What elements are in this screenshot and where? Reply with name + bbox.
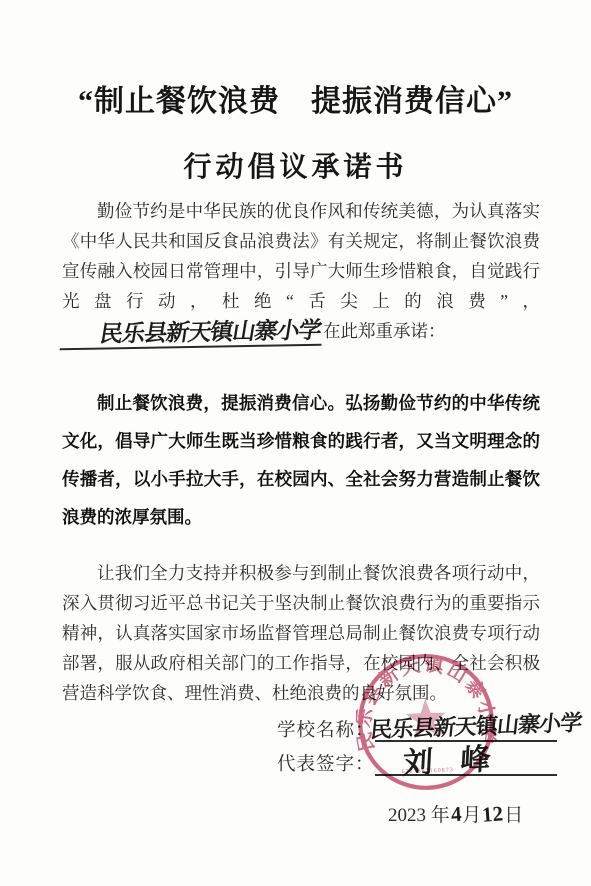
handwritten-school-name-inline: 民乐县新天镇山寨小学 (60, 320, 326, 351)
document-body: 勤俭节约是中华民族的优良作风和传统美德，为认真落实《中华人民共和国反食品浪费法》… (62, 196, 540, 708)
school-red-seal: 民乐县新天镇山寨小学 6207382160873 (354, 650, 499, 795)
document-title-quote: “制止餐饮浪费 提振消费信心” (0, 76, 591, 120)
date-year: 2023 年 (388, 805, 450, 826)
seal-star-icon (405, 698, 446, 737)
paragraph-intro-tail: 在此郑重承诺： (323, 321, 446, 341)
date-day-handwritten: 12 (481, 801, 504, 827)
date-month-handwritten: 4 (450, 802, 462, 828)
date-month-unit: 月 (462, 805, 481, 826)
date-line: 2023 年4月12日 (388, 800, 523, 827)
paragraph-pledge-bold: 制止餐饮浪费，提振消费信心。弘扬勤俭节约的中华传统文化，倡导广大师生既当珍惜粮食… (62, 384, 540, 536)
document-subtitle: 行动倡议承诺书 (0, 145, 591, 185)
scanned-pledge-document: “制止餐饮浪费 提振消费信心” 行动倡议承诺书 勤俭节约是中华民族的优良作风和传… (0, 0, 591, 886)
paragraph-intro: 勤俭节约是中华民族的优良作风和传统美德，为认真落实《中华人民共和国反食品浪费法》… (62, 196, 540, 348)
seal-code-digits: 6207382160873 (402, 767, 454, 775)
paragraph-intro-text: 勤俭节约是中华民族的优良作风和传统美德，为认真落实《中华人民共和国反食品浪费法》… (62, 201, 540, 311)
document-title-block: “制止餐饮浪费 提振消费信心” 行动倡议承诺书 (0, 76, 591, 185)
date-day-unit: 日 (504, 805, 523, 826)
